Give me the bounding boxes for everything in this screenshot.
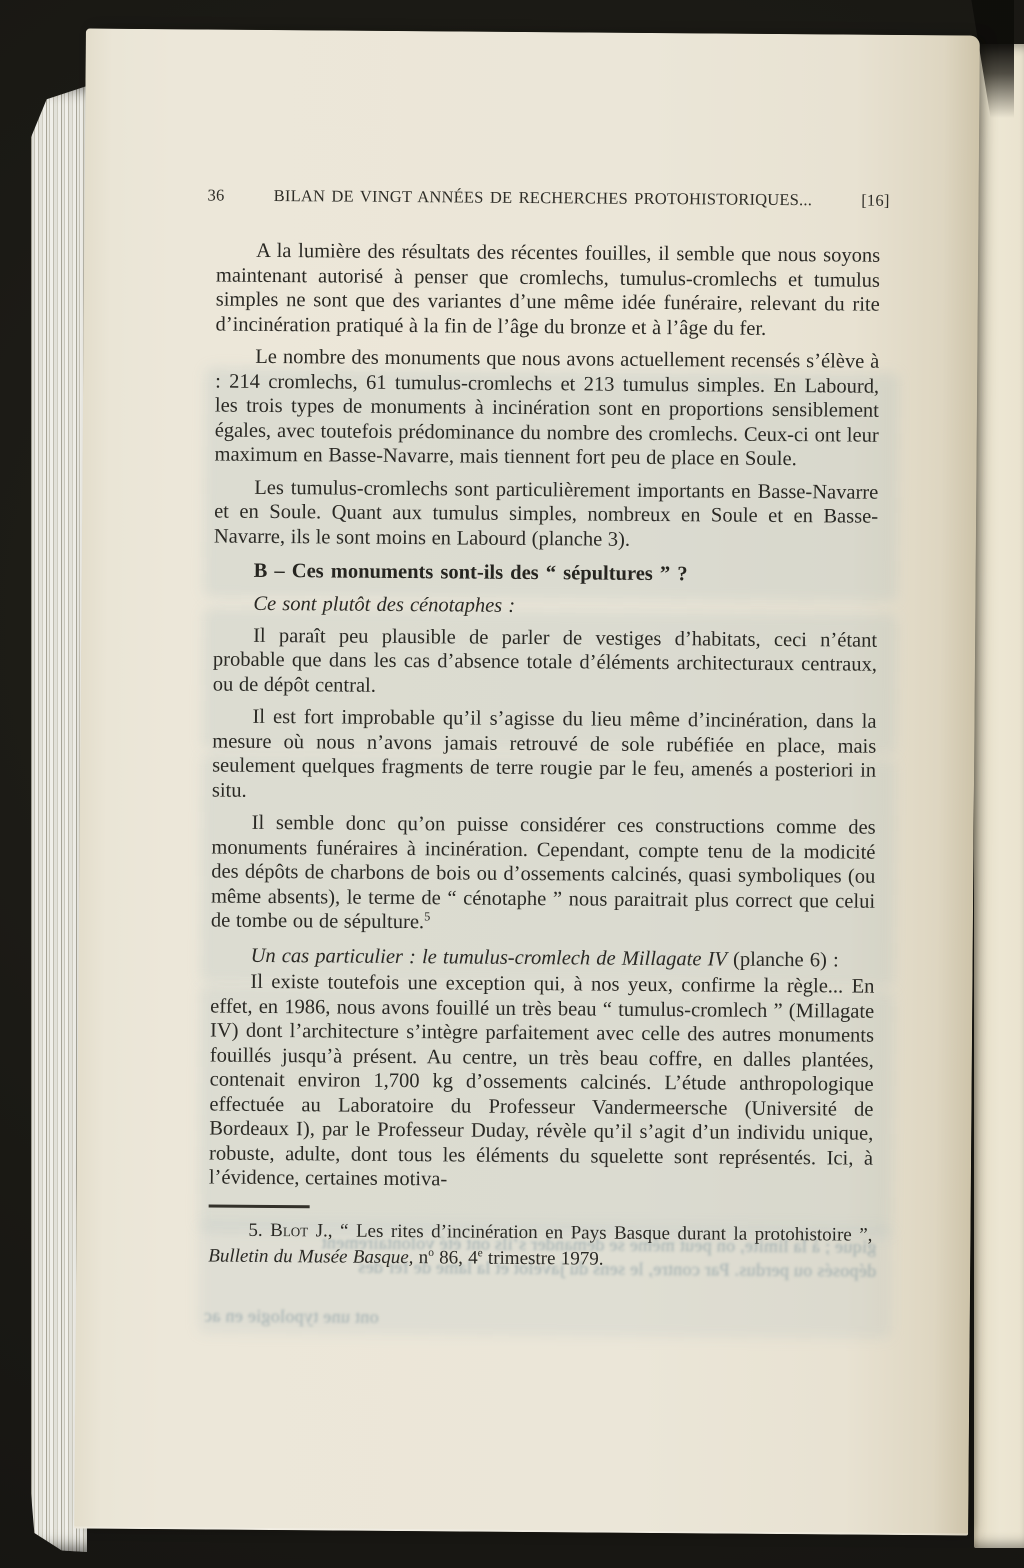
running-title: BILAN DE VINGT ANNÉES DE RECHERCHES PROT… <box>224 186 861 211</box>
footnote-author: Blot <box>270 1219 308 1240</box>
paragraph-intro: A la lumière des résultats des récentes … <box>215 239 880 342</box>
footnote: 5. Blot J., “ Les rites d’incinération e… <box>208 1217 872 1274</box>
footnote-issue: n <box>419 1247 429 1268</box>
paragraph-habitats: Il paraît peu plausible de parler de ves… <box>213 623 878 702</box>
paragraph-tumulus-distribution: Les tumulus-cromlechs sont particulièrem… <box>214 475 879 554</box>
subhead-italic-part: Un cas particulier : le tumulus-cromlech… <box>251 944 728 970</box>
text-column: 36 BILAN DE VINGT ANNÉES DE RECHERCHES P… <box>208 186 880 1275</box>
italic-subhead-millagate: Un cas particulier : le tumulus-cromlech… <box>211 943 875 973</box>
footnote-rule <box>209 1204 310 1208</box>
book-page: gique ; à la limite, on peut même se dem… <box>74 29 980 1536</box>
folio-bracket: [16] <box>861 191 889 211</box>
footnote-article-title: “ Les rites d’incinération en Pays Basqu… <box>340 1220 873 1245</box>
paragraph-millagate: Il existe toutefois une exception qui, à… <box>209 970 875 1196</box>
footnote-author-initial: J., <box>308 1220 340 1241</box>
subhead-roman-part: (planche 6) : <box>727 948 839 971</box>
facing-page-edge <box>974 44 1024 1548</box>
footnote-journal: Bulletin du Musée Basque, <box>208 1245 419 1268</box>
footnote-issue-number: 86, 4 <box>434 1247 478 1268</box>
paragraph-incineration-place: Il est fort improbable qu’il s’agisse du… <box>212 705 877 808</box>
paragraph-text: Il semble donc qu’on puisse considérer c… <box>211 812 876 933</box>
footnote-year: trimestre 1979. <box>483 1247 604 1269</box>
italic-subhead-cenotaphes: Ce sont plutôt des cénotaphes : <box>213 592 877 622</box>
paragraph-cenotaphe-term: Il semble donc qu’on puisse considérer c… <box>211 811 876 939</box>
footnote-number: 5. <box>248 1219 270 1240</box>
section-heading-b: B – Ces monuments sont-ils des “ sépultu… <box>214 559 878 588</box>
running-head: 36 BILAN DE VINGT ANNÉES DE RECHERCHES P… <box>208 185 890 210</box>
page-number: 36 <box>208 185 225 205</box>
paragraph-monument-counts: Le nombre des monuments que nous avons a… <box>214 345 879 473</box>
footnote-reference: 5 <box>424 909 430 923</box>
